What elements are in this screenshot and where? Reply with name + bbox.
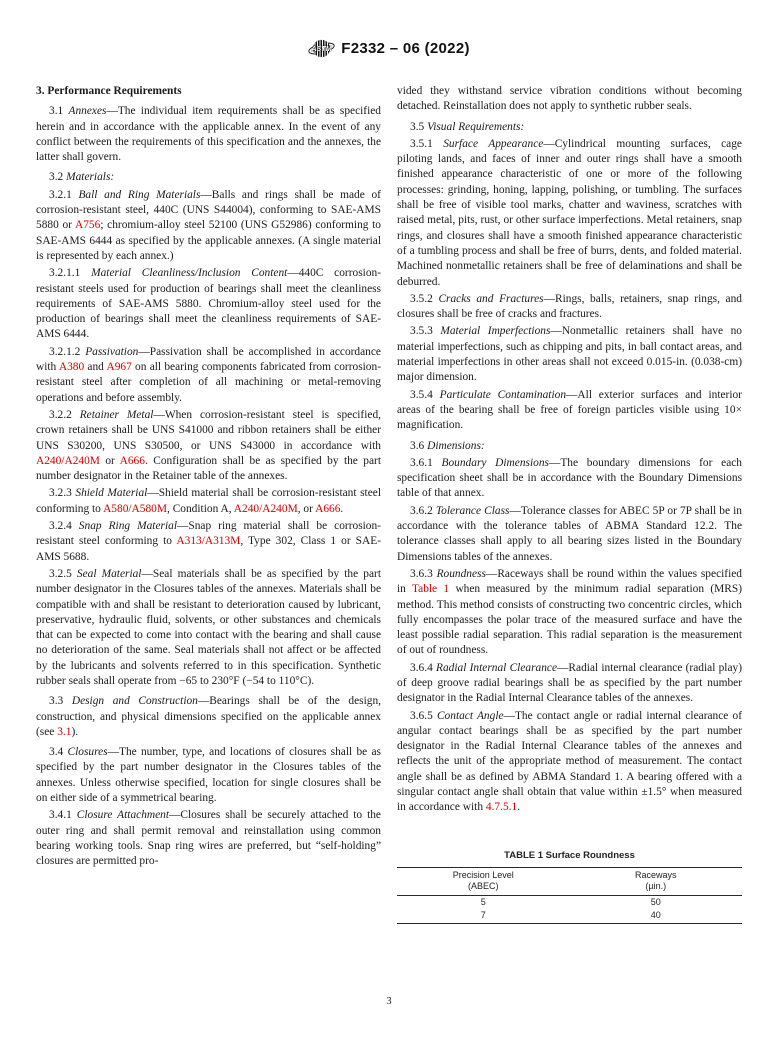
para-3.5.4: 3.5.4 Particulate Contamination—All exte… (397, 388, 742, 434)
ref-link[interactable]: Table 1 (412, 583, 449, 595)
clause-term: Materials: (66, 171, 114, 183)
clause-term: Shield Material (75, 487, 147, 499)
ref-link[interactable]: A240/A240M (234, 503, 298, 515)
ref-link[interactable]: A967 (107, 361, 132, 373)
para-3.6.4: 3.6.4 Radial Internal Clearance—Radial i… (397, 661, 742, 707)
table-cell: 7 (397, 909, 570, 923)
svg-text:ASTM: ASTM (311, 44, 333, 53)
table-1: TABLE 1 Surface Roundness Precision Leve… (397, 848, 742, 924)
para-3.5.2: 3.5.2 Cracks and Fractures—Rings, balls,… (397, 292, 742, 323)
section-heading: 3. Performance Requirements (36, 84, 381, 99)
table-1-title: TABLE 1 Surface Roundness (397, 848, 742, 863)
para-3.4: 3.4 Closures—The number, type, and locat… (36, 745, 381, 806)
table-1-grid: Precision Level(ABEC)Raceways(µin.) 5507… (397, 867, 742, 924)
clause-term: Contact Angle (437, 710, 504, 722)
table-row: 550 (397, 895, 742, 909)
clause-term: Visual Requirements: (427, 121, 524, 133)
para-3.6.3: 3.6.3 Roundness—Raceways shall be round … (397, 567, 742, 659)
clause-term: Roundness (437, 568, 486, 580)
ref-link[interactable]: A380 (59, 361, 84, 373)
document-header: ASTM F2332 – 06 (2022) (0, 38, 778, 59)
para-3.1: 3.1 Annexes—The individual item requirem… (36, 104, 381, 165)
para-3.5.1: 3.5.1 Surface Appearance—Cylindrical mou… (397, 137, 742, 290)
clause-term: Tolerance Class (436, 505, 510, 517)
table1-header-row: Precision Level(ABEC)Raceways(µin.) (397, 867, 742, 895)
ref-link[interactable]: 4.7.5.1 (486, 801, 517, 813)
para-3.2.1.1: 3.2.1.1 Material Cleanliness/Inclusion C… (36, 266, 381, 342)
ref-link[interactable]: 3.1 (57, 726, 71, 738)
clause-term: Closure Attachment (77, 809, 169, 821)
astm-logo-icon: ASTM (308, 38, 335, 59)
clause-term: Boundary Dimensions (442, 457, 549, 469)
table-column-header: Raceways(µin.) (570, 867, 743, 895)
clause-term: Particulate Contamination (440, 389, 566, 401)
para-3.2.2: 3.2.2 Retainer Metal—When corrosion-resi… (36, 408, 381, 484)
para-3.6.2: 3.6.2 Tolerance Class—Tolerance classes … (397, 504, 742, 565)
para-3.4.1-cont: vided they withstand service vibration c… (397, 84, 742, 115)
para-3.2.5: 3.2.5 Seal Material—Seal materials shall… (36, 567, 381, 689)
clause-term: Closures (68, 746, 108, 758)
left-column: 3. Performance Requirements3.1 Annexes—T… (36, 84, 381, 924)
clause-term: Annexes (68, 105, 106, 117)
table-cell: 5 (397, 895, 570, 909)
para-3.2.1.2: 3.2.1.2 Passivation—Passivation shall be… (36, 345, 381, 406)
clause-term: Snap Ring Material (79, 520, 177, 532)
page-number: 3 (0, 996, 778, 1007)
para-3.3: 3.3 Design and Construction—Bearings sha… (36, 694, 381, 740)
table-cell: 40 (570, 909, 743, 923)
para-3.6.1: 3.6.1 Boundary Dimensions—The boundary d… (397, 456, 742, 502)
clause-term: Ball and Ring Materials (78, 189, 200, 201)
table-cell: 50 (570, 895, 743, 909)
clause-term: Radial Internal Clearance (436, 662, 557, 674)
para-3.2.3: 3.2.3 Shield Material—Shield material sh… (36, 486, 381, 517)
document-number: F2332 – 06 (2022) (341, 40, 470, 57)
para-3.6.5: 3.6.5 Contact Angle—The contact angle or… (397, 709, 742, 816)
para-3.6: 3.6 Dimensions: (397, 439, 742, 454)
ref-link[interactable]: A666 (120, 455, 145, 467)
ref-link[interactable]: A240/A240M (36, 455, 100, 467)
clause-term: Seal Material (77, 568, 142, 580)
clause-term: Retainer Metal (80, 409, 154, 421)
clause-term: Dimensions: (427, 440, 485, 452)
ref-link[interactable]: A580/A580M (103, 503, 167, 515)
ref-link[interactable]: A756 (75, 219, 100, 231)
clause-term: Surface Appearance (443, 138, 543, 150)
table-row: 740 (397, 909, 742, 923)
para-3.5.3: 3.5.3 Material Imperfections—Nonmetallic… (397, 324, 742, 385)
para-3.5: 3.5 Visual Requirements: (397, 120, 742, 135)
para-3.2.1: 3.2.1 Ball and Ring Materials—Balls and … (36, 188, 381, 264)
para-3.2: 3.2 Materials: (36, 170, 381, 185)
clause-term: Cracks and Fractures (438, 293, 543, 305)
clause-term: Passivation (85, 346, 138, 358)
clause-term: Design and Construction (72, 695, 198, 707)
table-column-header: Precision Level(ABEC) (397, 867, 570, 895)
clause-term: Material Imperfections (440, 325, 550, 337)
ref-link[interactable]: A313/A313M (176, 535, 240, 547)
ref-link[interactable]: A666 (315, 503, 340, 515)
right-column: vided they withstand service vibration c… (397, 84, 742, 924)
para-3.4.1: 3.4.1 Closure Attachment—Closures shall … (36, 808, 381, 869)
page-body: 3. Performance Requirements3.1 Annexes—T… (36, 84, 742, 924)
para-3.2.4: 3.2.4 Snap Ring Material—Snap ring mater… (36, 519, 381, 565)
clause-term: Material Cleanliness/Inclusion Content (91, 267, 287, 279)
table1-body: 550740 (397, 895, 742, 923)
